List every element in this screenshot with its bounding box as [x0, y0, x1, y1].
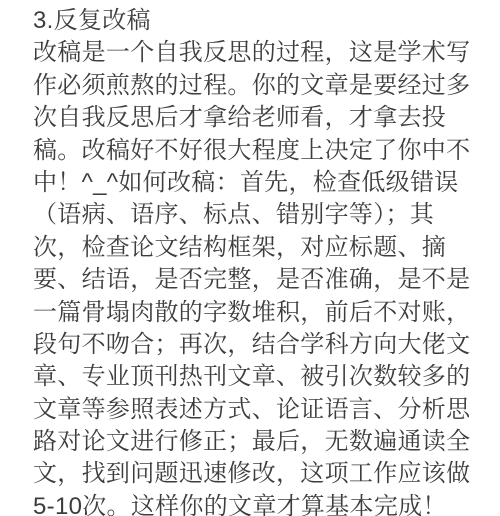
paragraph-line: 中！^_^如何改稿：首先，检查低级错误 [33, 167, 474, 199]
section-title: 3.反复改稿 [33, 5, 474, 37]
paragraph-line: 改稿是一个自我反思的过程，这是学术写 [33, 37, 474, 69]
paragraph-line: 一篇骨塌肉散的字数堆积，前后不对账， [33, 297, 474, 329]
paragraph-line: （语病、语序、标点、错别字等）；其 [33, 199, 474, 231]
paragraph-line: 稿。改稿好不好很大程度上决定了你中不 [33, 135, 474, 167]
paragraph-line: 作必须煎熬的过程。你的文章是要经过多 [33, 70, 474, 102]
paragraph-line: 5-10次。这样你的文章才算基本完成！ [33, 491, 474, 516]
paragraph-line: 次，检查论文结构框架，对应标题、摘 [33, 232, 474, 264]
paragraph-line: 章、专业顶刊热刊文章、被引次数较多的 [33, 361, 474, 393]
paragraph-line: 段句不吻合；再次，结合学科方向大佬文 [33, 329, 474, 361]
paragraph-line: 路对论文进行修正；最后，无数遍通读全 [33, 426, 474, 458]
paragraph-line: 要、结语，是否完整，是否准确，是不是 [33, 264, 474, 296]
paragraph-line: 文，找到问题迅速修改，这项工作应该做 [33, 458, 474, 490]
article-text-block: 3.反复改稿 改稿是一个自我反思的过程，这是学术写 作必须煎熬的过程。你的文章是… [0, 0, 500, 516]
paragraph-line: 次自我反思后才拿给老师看，才拿去投 [33, 102, 474, 134]
paragraph-line: 文章等参照表述方式、论证语言、分析思 [33, 394, 474, 426]
